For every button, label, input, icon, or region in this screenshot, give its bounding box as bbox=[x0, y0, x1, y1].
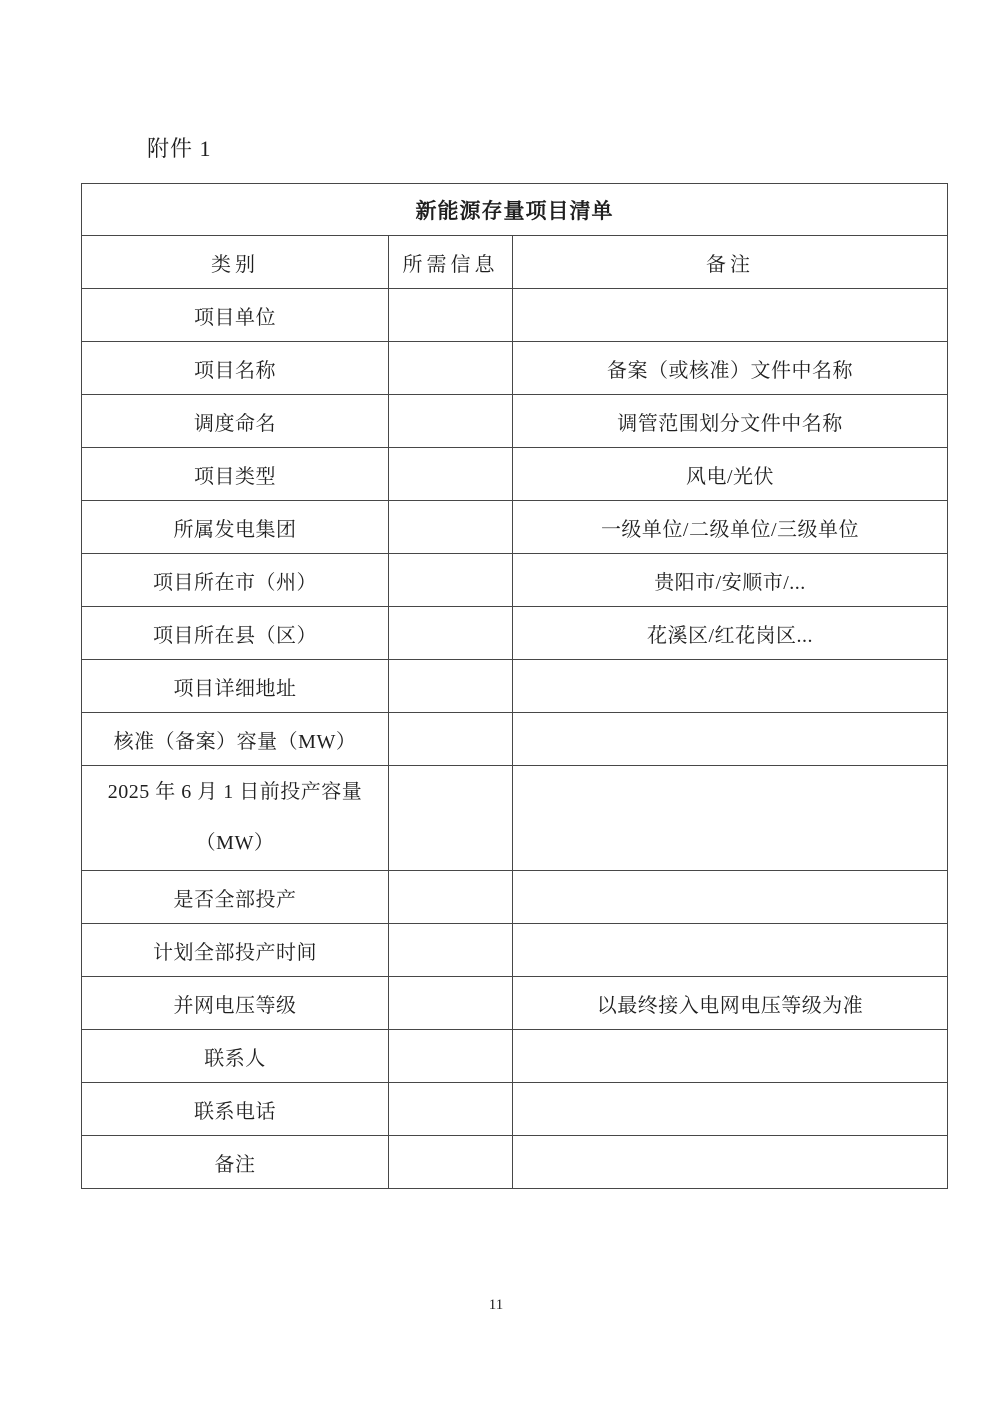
remark-cell bbox=[513, 1136, 948, 1189]
table-row: 是否全部投产 bbox=[82, 871, 948, 924]
remark-cell bbox=[513, 660, 948, 713]
table-row: 核准（备案）容量（MW） bbox=[82, 713, 948, 766]
required-info-cell bbox=[389, 501, 513, 554]
category-cell: 项目单位 bbox=[82, 289, 389, 342]
table-row: 项目单位 bbox=[82, 289, 948, 342]
required-info-cell bbox=[389, 713, 513, 766]
table-row: 联系电话 bbox=[82, 1083, 948, 1136]
category-cell: 备注 bbox=[82, 1136, 389, 1189]
category-cell: 是否全部投产 bbox=[82, 871, 389, 924]
table-row: 项目所在县（区） 花溪区/红花岗区... bbox=[82, 607, 948, 660]
table-row: 联系人 bbox=[82, 1030, 948, 1083]
remark-cell bbox=[513, 1030, 948, 1083]
required-info-cell bbox=[389, 607, 513, 660]
required-info-cell bbox=[389, 924, 513, 977]
remark-cell bbox=[513, 766, 948, 871]
remark-cell bbox=[513, 289, 948, 342]
table-row: 备注 bbox=[82, 1136, 948, 1189]
required-info-cell bbox=[389, 395, 513, 448]
required-info-cell bbox=[389, 342, 513, 395]
category-cell: 联系电话 bbox=[82, 1083, 389, 1136]
category-cell: 项目详细地址 bbox=[82, 660, 389, 713]
table-row: 调度命名 调管范围划分文件中名称 bbox=[82, 395, 948, 448]
category-cell: 项目类型 bbox=[82, 448, 389, 501]
required-info-cell bbox=[389, 289, 513, 342]
required-info-cell bbox=[389, 977, 513, 1030]
page-number: 11 bbox=[0, 1297, 992, 1314]
category-cell: 项目所在县（区） bbox=[82, 607, 389, 660]
required-info-cell bbox=[389, 1136, 513, 1189]
category-cell: 项目所在市（州） bbox=[82, 554, 389, 607]
remark-cell bbox=[513, 713, 948, 766]
attachment-label: 附件 1 bbox=[147, 132, 212, 163]
table-title-row: 新能源存量项目清单 bbox=[82, 184, 948, 236]
table-row: 项目详细地址 bbox=[82, 660, 948, 713]
remark-cell: 一级单位/二级单位/三级单位 bbox=[513, 501, 948, 554]
category-cell: 调度命名 bbox=[82, 395, 389, 448]
category-cell: 并网电压等级 bbox=[82, 977, 389, 1030]
remark-cell bbox=[513, 871, 948, 924]
remark-cell: 风电/光伏 bbox=[513, 448, 948, 501]
required-info-cell bbox=[389, 1083, 513, 1136]
table-row: 并网电压等级 以最终接入电网电压等级为准 bbox=[82, 977, 948, 1030]
category-cell: 核准（备案）容量（MW） bbox=[82, 713, 389, 766]
table-row: 项目类型 风电/光伏 bbox=[82, 448, 948, 501]
project-info-table: 新能源存量项目清单 类别 所需信息 备注 项目单位 项目名称 备案（或核准）文件… bbox=[81, 183, 948, 1189]
required-info-cell bbox=[389, 1030, 513, 1083]
remark-cell: 调管范围划分文件中名称 bbox=[513, 395, 948, 448]
remark-cell bbox=[513, 924, 948, 977]
table-row: 2025 年 6 月 1 日前投产容量 （MW） bbox=[82, 766, 948, 871]
header-remark: 备注 bbox=[513, 236, 948, 289]
remark-cell: 贵阳市/安顺市/... bbox=[513, 554, 948, 607]
header-category: 类别 bbox=[82, 236, 389, 289]
required-info-cell bbox=[389, 448, 513, 501]
remark-cell bbox=[513, 1083, 948, 1136]
category-cell: 所属发电集团 bbox=[82, 501, 389, 554]
table-row: 所属发电集团 一级单位/二级单位/三级单位 bbox=[82, 501, 948, 554]
table-row: 计划全部投产时间 bbox=[82, 924, 948, 977]
table-title: 新能源存量项目清单 bbox=[82, 184, 948, 236]
table-row: 项目所在市（州） 贵阳市/安顺市/... bbox=[82, 554, 948, 607]
category-cell: 项目名称 bbox=[82, 342, 389, 395]
table-row: 项目名称 备案（或核准）文件中名称 bbox=[82, 342, 948, 395]
category-cell: 联系人 bbox=[82, 1030, 389, 1083]
remark-cell: 以最终接入电网电压等级为准 bbox=[513, 977, 948, 1030]
required-info-cell bbox=[389, 871, 513, 924]
table-body: 新能源存量项目清单 类别 所需信息 备注 项目单位 项目名称 备案（或核准）文件… bbox=[82, 184, 948, 1189]
remark-cell: 备案（或核准）文件中名称 bbox=[513, 342, 948, 395]
category-cell: 2025 年 6 月 1 日前投产容量 （MW） bbox=[82, 766, 389, 871]
header-required-info: 所需信息 bbox=[389, 236, 513, 289]
required-info-cell bbox=[389, 766, 513, 871]
required-info-cell bbox=[389, 660, 513, 713]
required-info-cell bbox=[389, 554, 513, 607]
table-header-row: 类别 所需信息 备注 bbox=[82, 236, 948, 289]
remark-cell: 花溪区/红花岗区... bbox=[513, 607, 948, 660]
category-cell: 计划全部投产时间 bbox=[82, 924, 389, 977]
